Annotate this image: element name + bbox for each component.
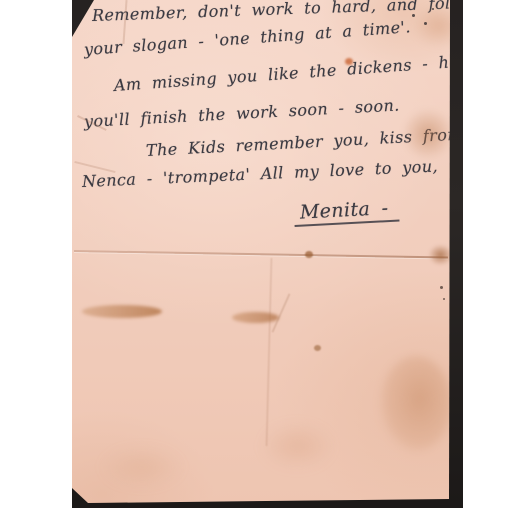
stain-streak-left	[82, 305, 162, 318]
handwriting-line-3: Am missing you like the dickens - hoping	[113, 49, 497, 95]
ink-speck	[412, 14, 415, 17]
stain-smudge-bottom	[260, 422, 334, 470]
handwriting-line-1: Remember, don't work to hard, and follow	[92, 0, 481, 25]
stain-fold-edge	[429, 245, 452, 265]
stain-streak-center	[232, 312, 279, 323]
ink-speck	[424, 22, 427, 25]
edge-speck	[440, 286, 443, 289]
fold-crease	[74, 250, 448, 259]
handwriting-line-5: The Kids remember you, kiss from	[146, 124, 464, 160]
photo-backdrop: Remember, don't work to hard, and follow…	[72, 0, 463, 508]
vertical-crease	[266, 258, 273, 446]
handwriting-line-4: you'll finish the work soon - soon.	[84, 95, 401, 131]
stain-dot-fold	[305, 251, 313, 258]
letter-scan: Remember, don't work to hard, and follow…	[0, 0, 528, 508]
edge-speck	[443, 298, 445, 300]
handwriting-line-6: Nenca - 'trompeta' All my love to you,	[82, 156, 439, 191]
ink-speck	[432, 8, 434, 10]
letter-paper: Remember, don't work to hard, and follow…	[72, 0, 451, 504]
diagonal-crease	[272, 293, 291, 332]
stain-dot-middle	[314, 345, 321, 351]
signature: Menita -	[293, 197, 399, 227]
stain-large-right	[380, 356, 452, 452]
stain-smudge-bottom-left	[100, 446, 184, 488]
